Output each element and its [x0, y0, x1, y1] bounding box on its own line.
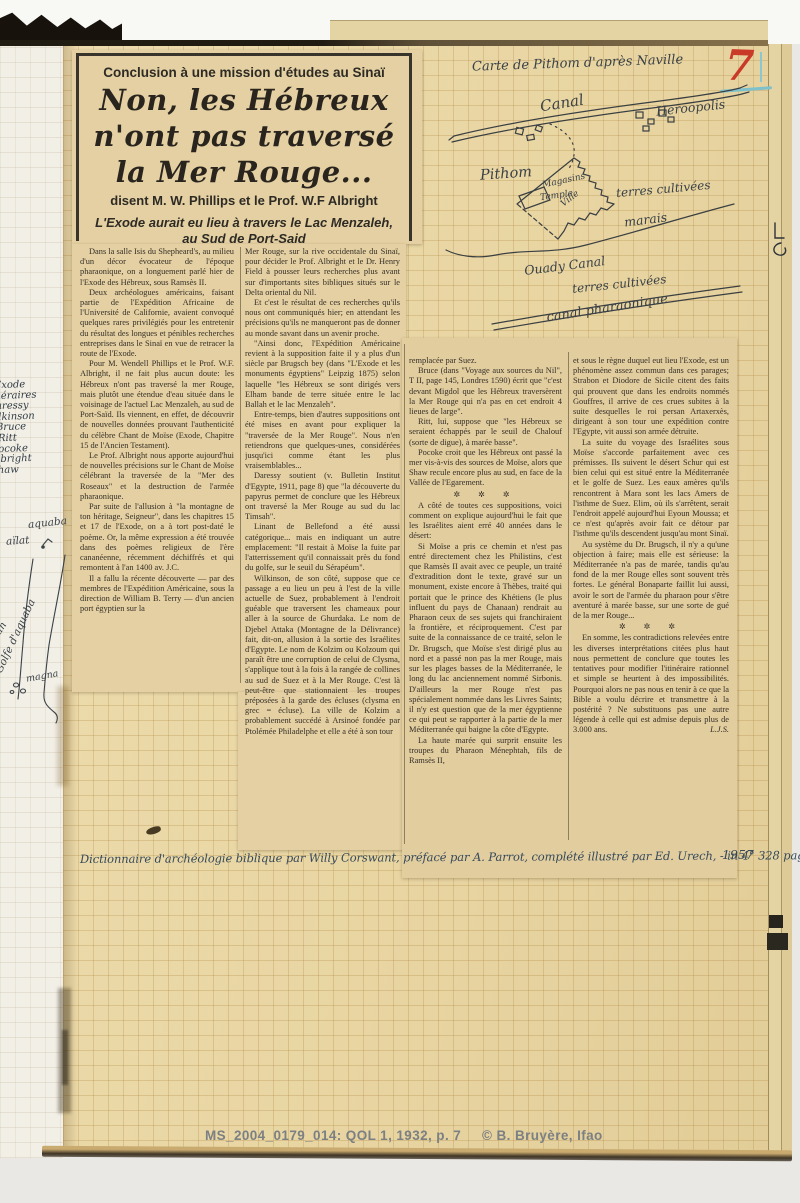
article-paragraph: "Ainsi donc, l'Expédition Américaine rev… — [245, 339, 400, 410]
article-paragraph: Linant de Bellefond a été aussi catégori… — [245, 522, 400, 573]
archive-caption-credit: © B. Bruyère, Ifao — [482, 1128, 603, 1143]
article-paragraph: Pour M. Wendell Phillips et le Prof. W.F… — [80, 359, 234, 451]
article-paragraph: Le Prof. Albright nous apporte aujourd'h… — [80, 451, 234, 502]
article-paragraph: Mer Rouge, sur la rive occidentale du Si… — [245, 247, 400, 298]
margin-names: ExodeitinérairesDaressyWilkinsonBruceRit… — [0, 380, 68, 475]
section-divider: ✲ ✲ ✲ — [573, 622, 729, 632]
gulf-label-ailat: aïlat — [6, 534, 30, 548]
edge-ink-mark — [769, 915, 783, 928]
gulf-of-aqaba-sketch: aquaba aïlat Golfe d'aquaba magna an — [0, 515, 72, 730]
article-column-2: Mer Rouge, sur la rive occidentale du Si… — [245, 247, 400, 847]
column-rule — [240, 247, 241, 683]
headline-line-3: la Mer Rouge... — [79, 154, 409, 190]
scanned-notebook-page: 7 Conclusion à une mission d'études au S… — [0, 0, 800, 1203]
article-paragraph: A côté de toutes ces suppositions, voici… — [409, 501, 562, 542]
article-subhead: L'Exode aurait eu lieu à travers le Lac … — [79, 215, 409, 247]
article-paragraph: La suite du voyage des Israélites sous M… — [573, 438, 729, 540]
handwritten-year: 1957 — [722, 847, 754, 862]
article-column-4: et sous le règne duquel eut lieu l'Exode… — [573, 356, 729, 844]
article-headline: Non, les Hébreux n'ont pas traversé la M… — [79, 82, 409, 190]
article-paragraph: Ritt, lui, suppose que "les Hébreux se s… — [409, 417, 562, 448]
article-paragraph: Au système du Dr. Brugsch, il n'y a qu'u… — [573, 540, 729, 622]
headline-line-1: Non, les Hébreux — [79, 82, 409, 118]
article-column-3: remplacée par Suez.Bruce (dans "Voyage a… — [409, 356, 562, 844]
spine-stain — [62, 1030, 68, 1085]
margin-note-name: Shaw — [0, 463, 68, 476]
article-paragraph: Entre-temps, bien d'autres suppositions … — [245, 410, 400, 471]
article-kicker: Conclusion à une mission d'études au Sin… — [79, 65, 409, 81]
pithom-map-sketch: Carte de Pithom d'après Naville Canal He… — [440, 46, 788, 346]
section-divider: ✲ ✲ ✲ — [409, 490, 562, 500]
article-column-1: Dans la salle Isis du Shepheard's, au mi… — [80, 247, 234, 685]
article-paragraph: Dans la salle Isis du Shepheard's, au mi… — [80, 247, 234, 288]
article-paragraph: Bruce (dans "Voyage aux sources du Nil",… — [409, 366, 562, 417]
article-paragraph: Il a fallu la récente découverte — par d… — [80, 574, 234, 615]
headline-box: Conclusion à une mission d'études au Sin… — [76, 53, 412, 241]
article-paragraph: Wilkinson, de son côté, suppose que ce p… — [245, 574, 400, 737]
article-paragraph: Deux archéologues américains, faisant pa… — [80, 288, 234, 359]
article-signature: L.J.S. — [701, 725, 729, 735]
edge-ink-mark — [767, 933, 788, 950]
article-paragraph: Daressy soutient (v. Bulletin Institut d… — [245, 471, 400, 522]
article-paragraph: En somme, les contradictions relevées en… — [573, 633, 729, 735]
article-paragraph: remplacée par Suez. — [409, 356, 562, 366]
article-paragraph: Et c'est le résultat de ces recherches q… — [245, 298, 400, 339]
article-byline: disent M. W. Phillips et le Prof. W.F Al… — [79, 193, 409, 208]
headline-line-2: n'ont pas traversé — [79, 118, 409, 154]
article-paragraph: et sous le règne duquel eut lieu l'Exode… — [573, 356, 729, 438]
article-paragraph: Pocoke croit que les Hébreux ont passé l… — [409, 448, 562, 489]
article-paragraph: Si Moïse a pris ce chemin et n'est pas e… — [409, 542, 562, 736]
archive-caption-id: MS_2004_0179_014: QOL 1, 1932, p. 7 — [205, 1128, 461, 1143]
article-paragraph: La haute marée qui surprit ensuite les t… — [409, 736, 562, 767]
article-paragraph: Par suite de l'allusion à "la montagne d… — [80, 502, 234, 573]
column-rule — [568, 352, 569, 840]
column-rule — [404, 344, 405, 844]
